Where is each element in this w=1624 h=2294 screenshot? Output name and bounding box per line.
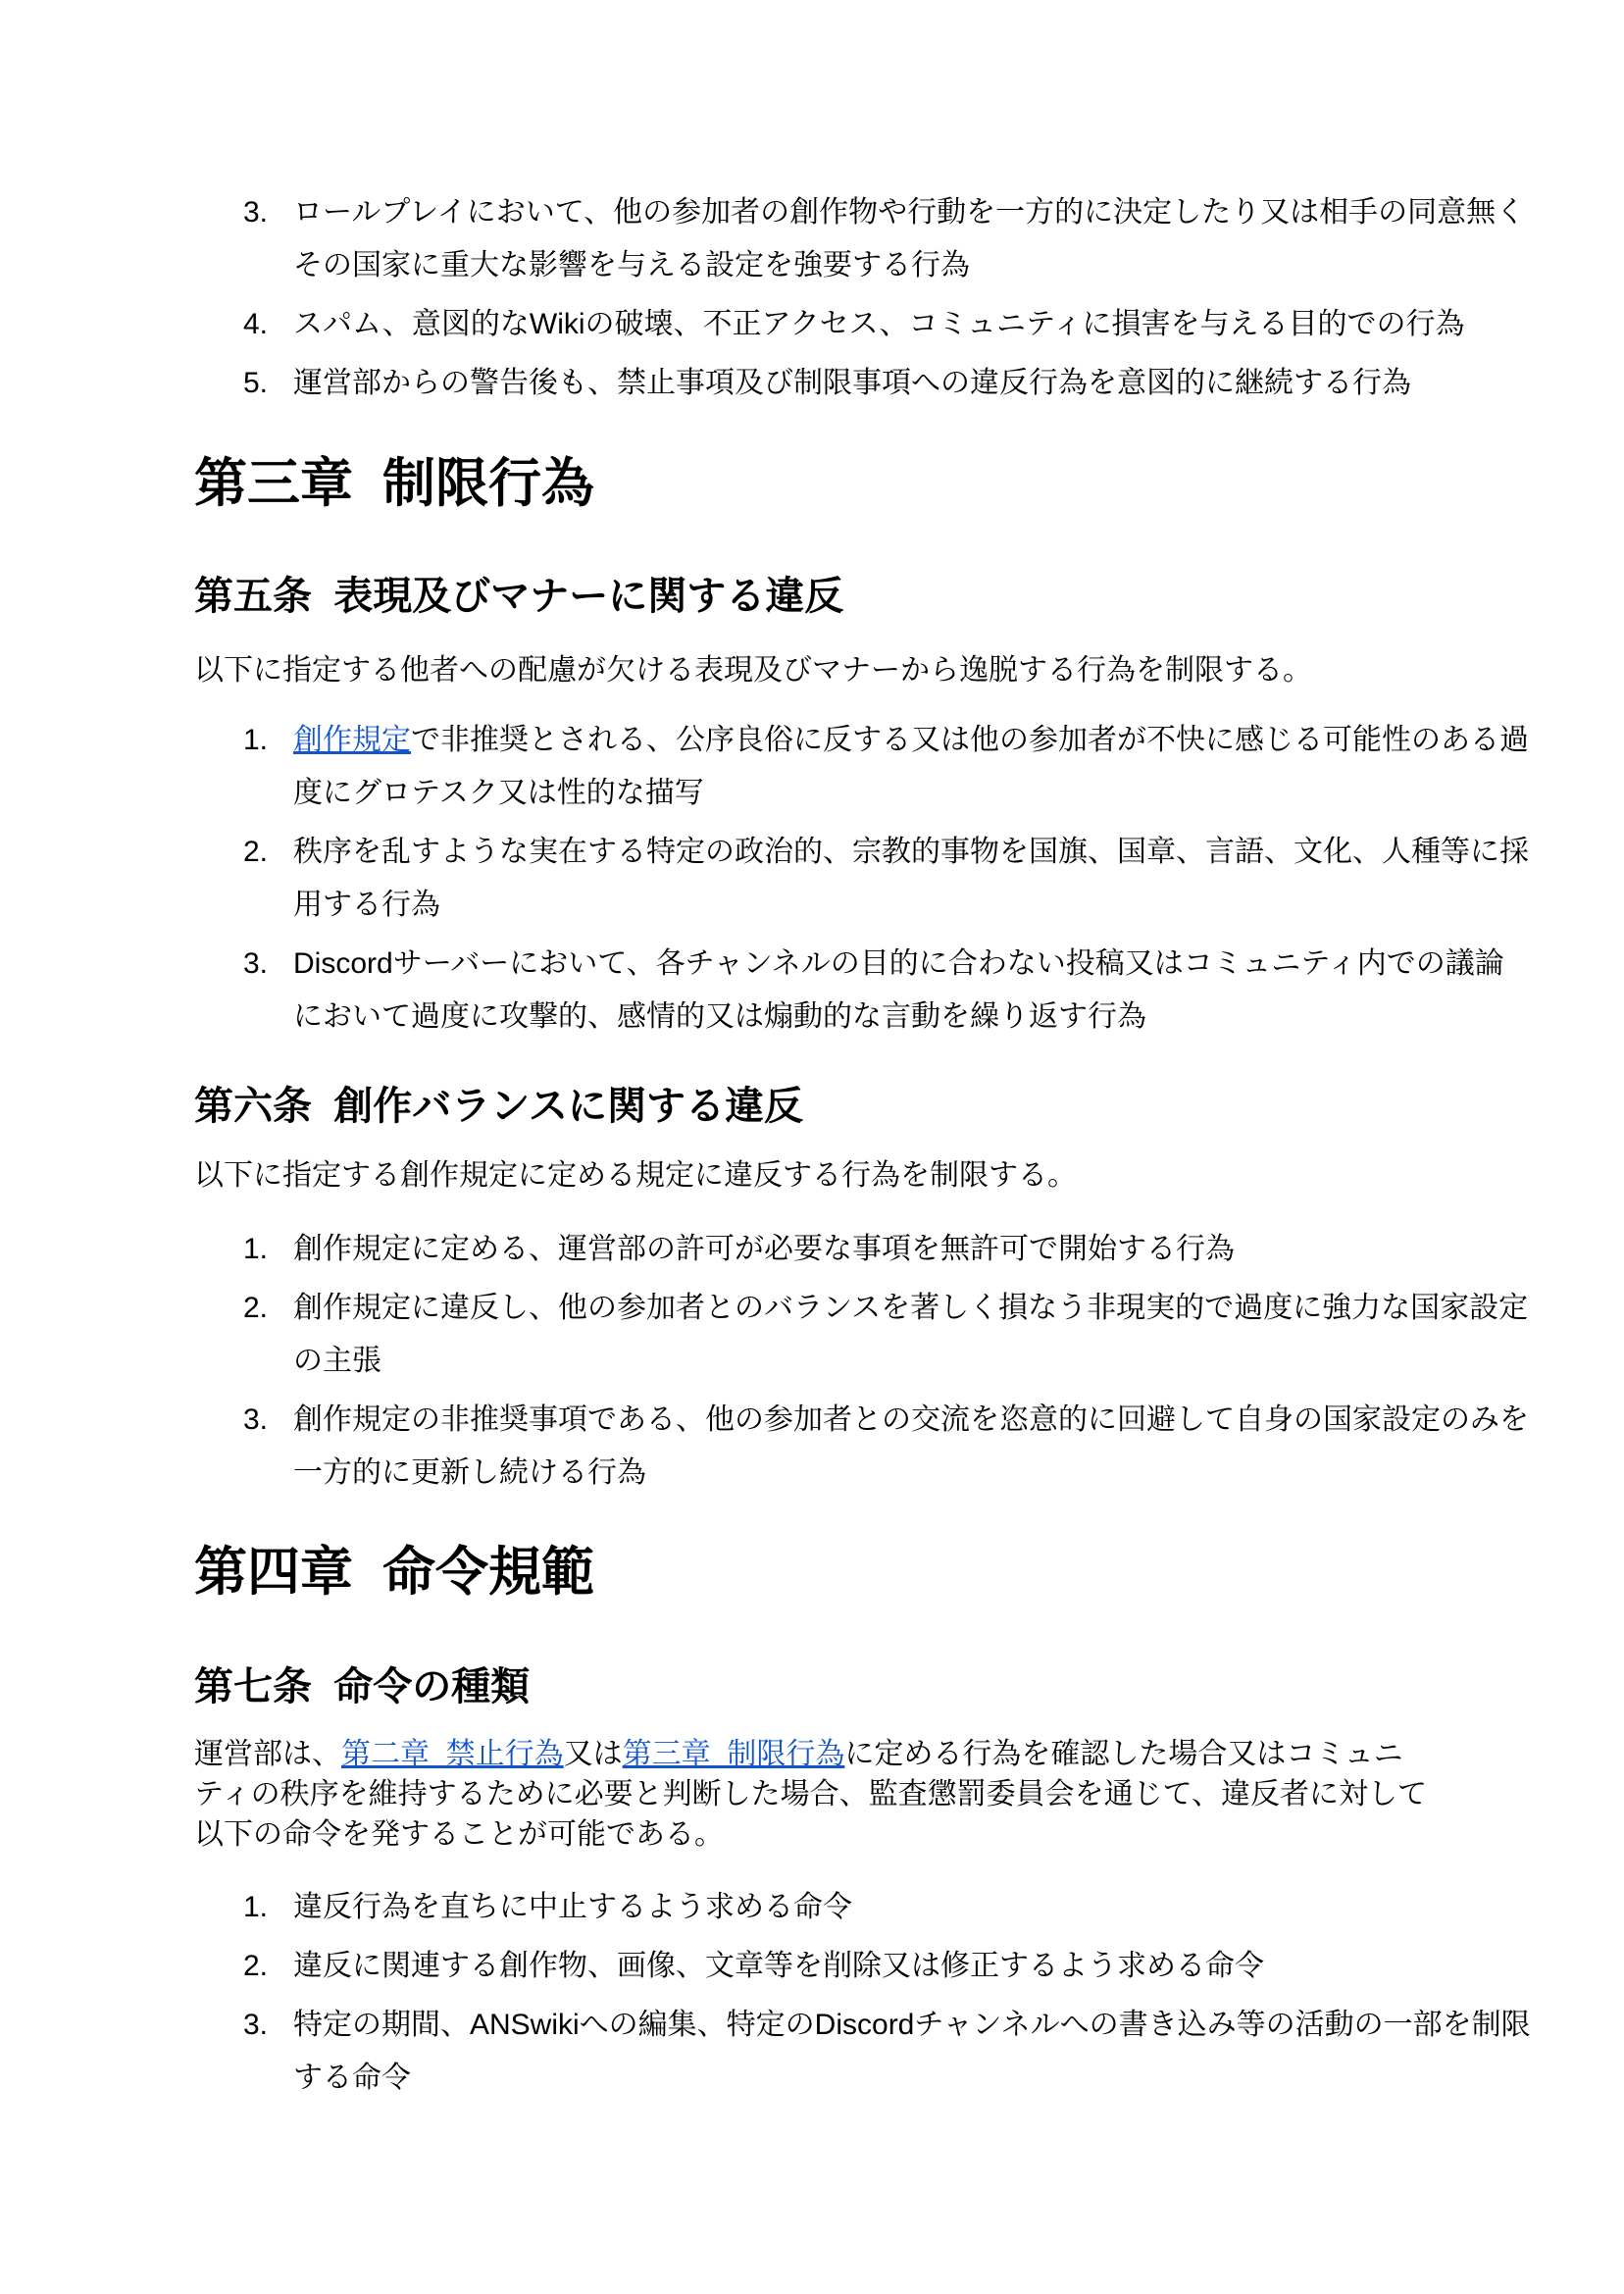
list-item-text: 創作規定で非推奨とされる、公序良俗に反する又は他の参加者が不快に感じる可能性のあ… [293,724,1529,809]
article-7-heading: 第七条 命令の種類 [194,1661,1432,1712]
list-item-text: 創作規定の非推奨事項である、他の参加者との交流を恣意的に回避して自身の国家設定の… [293,1403,1529,1489]
list-item-text: スパム、意図的なWikiの破壊、不正アクセス、コミュニティに損害を与える目的での… [293,308,1465,340]
list-item-number: 1. [243,1881,268,1934]
intro-text-pre: 運営部は、 [194,1738,341,1770]
link-sousaku-kitei[interactable]: 創作規定 [293,724,411,756]
list-item: 1. 創作規定で非推奨とされる、公序良俗に反する又は他の参加者が不快に感じる可能… [293,714,1531,820]
article-5-heading: 第五条 表現及びマナーに関する違反 [194,571,1432,622]
list-item-text: Discordサーバーにおいて、各チャンネルの目的に合わない投稿又はコミュニティ… [293,947,1504,1033]
list-item: 1. 違反行為を直ちに中止するよう求める命令 [293,1881,1531,1934]
list-item-number: 4. [243,298,268,351]
list-item-text: 秩序を乱すような実在する特定の政治的、宗教的事物を国旗、国章、言語、文化、人種等… [293,836,1529,921]
list-item: 3. 創作規定の非推奨事項である、他の参加者との交流を恣意的に回避して自身の国家… [293,1394,1531,1500]
list-item-text: 特定の期間、ANSwikiへの編集、特定のDiscordチャンネルへの書き込み等… [293,2009,1531,2094]
chapter-4-heading: 第四章 命令規範 [194,1540,1432,1605]
article-6-intro: 以下に指定する創作規定に定める規定に違反する行為を制限する。 [194,1155,1432,1196]
list-item-text: 違反に関連する創作物、画像、文章等を削除又は修正するよう求める命令 [293,1950,1264,1982]
list-item: 3. Discordサーバーにおいて、各チャンネルの目的に合わない投稿又はコミュ… [293,938,1531,1044]
list-item: 2. 秩序を乱すような実在する特定の政治的、宗教的事物を国旗、国章、言語、文化、… [293,826,1531,932]
list-item: 3. ロールプレイにおいて、他の参加者の創作物や行動を一方的に決定したり又は相手… [293,186,1531,292]
article-5-intro: 以下に指定する他者への配慮が欠ける表現及びマナーから逸脱する行為を制限する。 [194,650,1432,690]
list-item-text: ロールプレイにおいて、他の参加者の創作物や行動を一方的に決定したり又は相手の同意… [293,196,1525,281]
list-item-number: 1. [243,1223,268,1276]
list-item-text: 創作規定に違反し、他の参加者とのバランスを著しく損なう非現実的で過度に強力な国家… [293,1292,1528,1377]
chapter-3-heading: 第三章 制限行為 [194,451,1432,516]
article-5-list: 1. 創作規定で非推奨とされる、公序良俗に反する又は他の参加者が不快に感じる可能… [194,714,1531,1044]
list-item: 2. 違反に関連する創作物、画像、文章等を削除又は修正するよう求める命令 [293,1940,1531,1993]
list-item: 5. 運営部からの警告後も、禁止事項及び制限事項への違反行為を意図的に継続する行… [293,357,1531,410]
article-7-list: 1. 違反行為を直ちに中止するよう求める命令 2. 違反に関連する創作物、画像、… [194,1881,1531,2105]
list-item-text-rest: で非推奨とされる、公序良俗に反する又は他の参加者が不快に感じる可能性のある過度に… [293,724,1529,809]
list-item: 1. 創作規定に定める、運営部の許可が必要な事項を無許可で開始する行為 [293,1223,1531,1276]
intro-text-mid: 又は [564,1738,623,1770]
list-item-number: 3. [243,1999,268,2052]
list-item-number: 3. [243,186,268,239]
list-item-number: 2. [243,1282,268,1335]
list-item-number: 5. [243,357,268,410]
article-7-intro: 運営部は、第二章 禁止行為又は第三章 制限行為に定める行為を確認した場合又はコミ… [194,1734,1432,1855]
article-6-list: 1. 創作規定に定める、運営部の許可が必要な事項を無許可で開始する行為 2. 創… [194,1223,1531,1500]
link-chapter-3-restricted-acts[interactable]: 第三章 制限行為 [623,1738,845,1770]
article-6-heading: 第六条 創作バランスに関する違反 [194,1081,1432,1132]
list-item-number: 2. [243,826,268,879]
list-item-text: 創作規定に定める、運営部の許可が必要な事項を無許可で開始する行為 [293,1233,1235,1265]
list-item: 4. スパム、意図的なWikiの破壊、不正アクセス、コミュニティに損害を与える目… [293,298,1531,351]
list-item-text: 違反行為を直ちに中止するよう求める命令 [293,1891,852,1923]
list-item-number: 1. [243,714,268,767]
list-item-number: 3. [243,938,268,991]
list-item-text: 運営部からの警告後も、禁止事項及び制限事項への違反行為を意図的に継続する行為 [293,367,1411,399]
list-item-number: 2. [243,1940,268,1993]
list-item-number: 3. [243,1394,268,1447]
link-chapter-2-prohibited-acts[interactable]: 第二章 禁止行為 [341,1738,564,1770]
document-page: 3. ロールプレイにおいて、他の参加者の創作物や行動を一方的に決定したり又は相手… [0,0,1624,2294]
list-item: 2. 創作規定に違反し、他の参加者とのバランスを著しく損なう非現実的で過度に強力… [293,1282,1531,1388]
prohibited-acts-list-continued: 3. ロールプレイにおいて、他の参加者の創作物や行動を一方的に決定したり又は相手… [194,186,1531,410]
list-item: 3. 特定の期間、ANSwikiへの編集、特定のDiscordチャンネルへの書き… [293,1999,1531,2105]
